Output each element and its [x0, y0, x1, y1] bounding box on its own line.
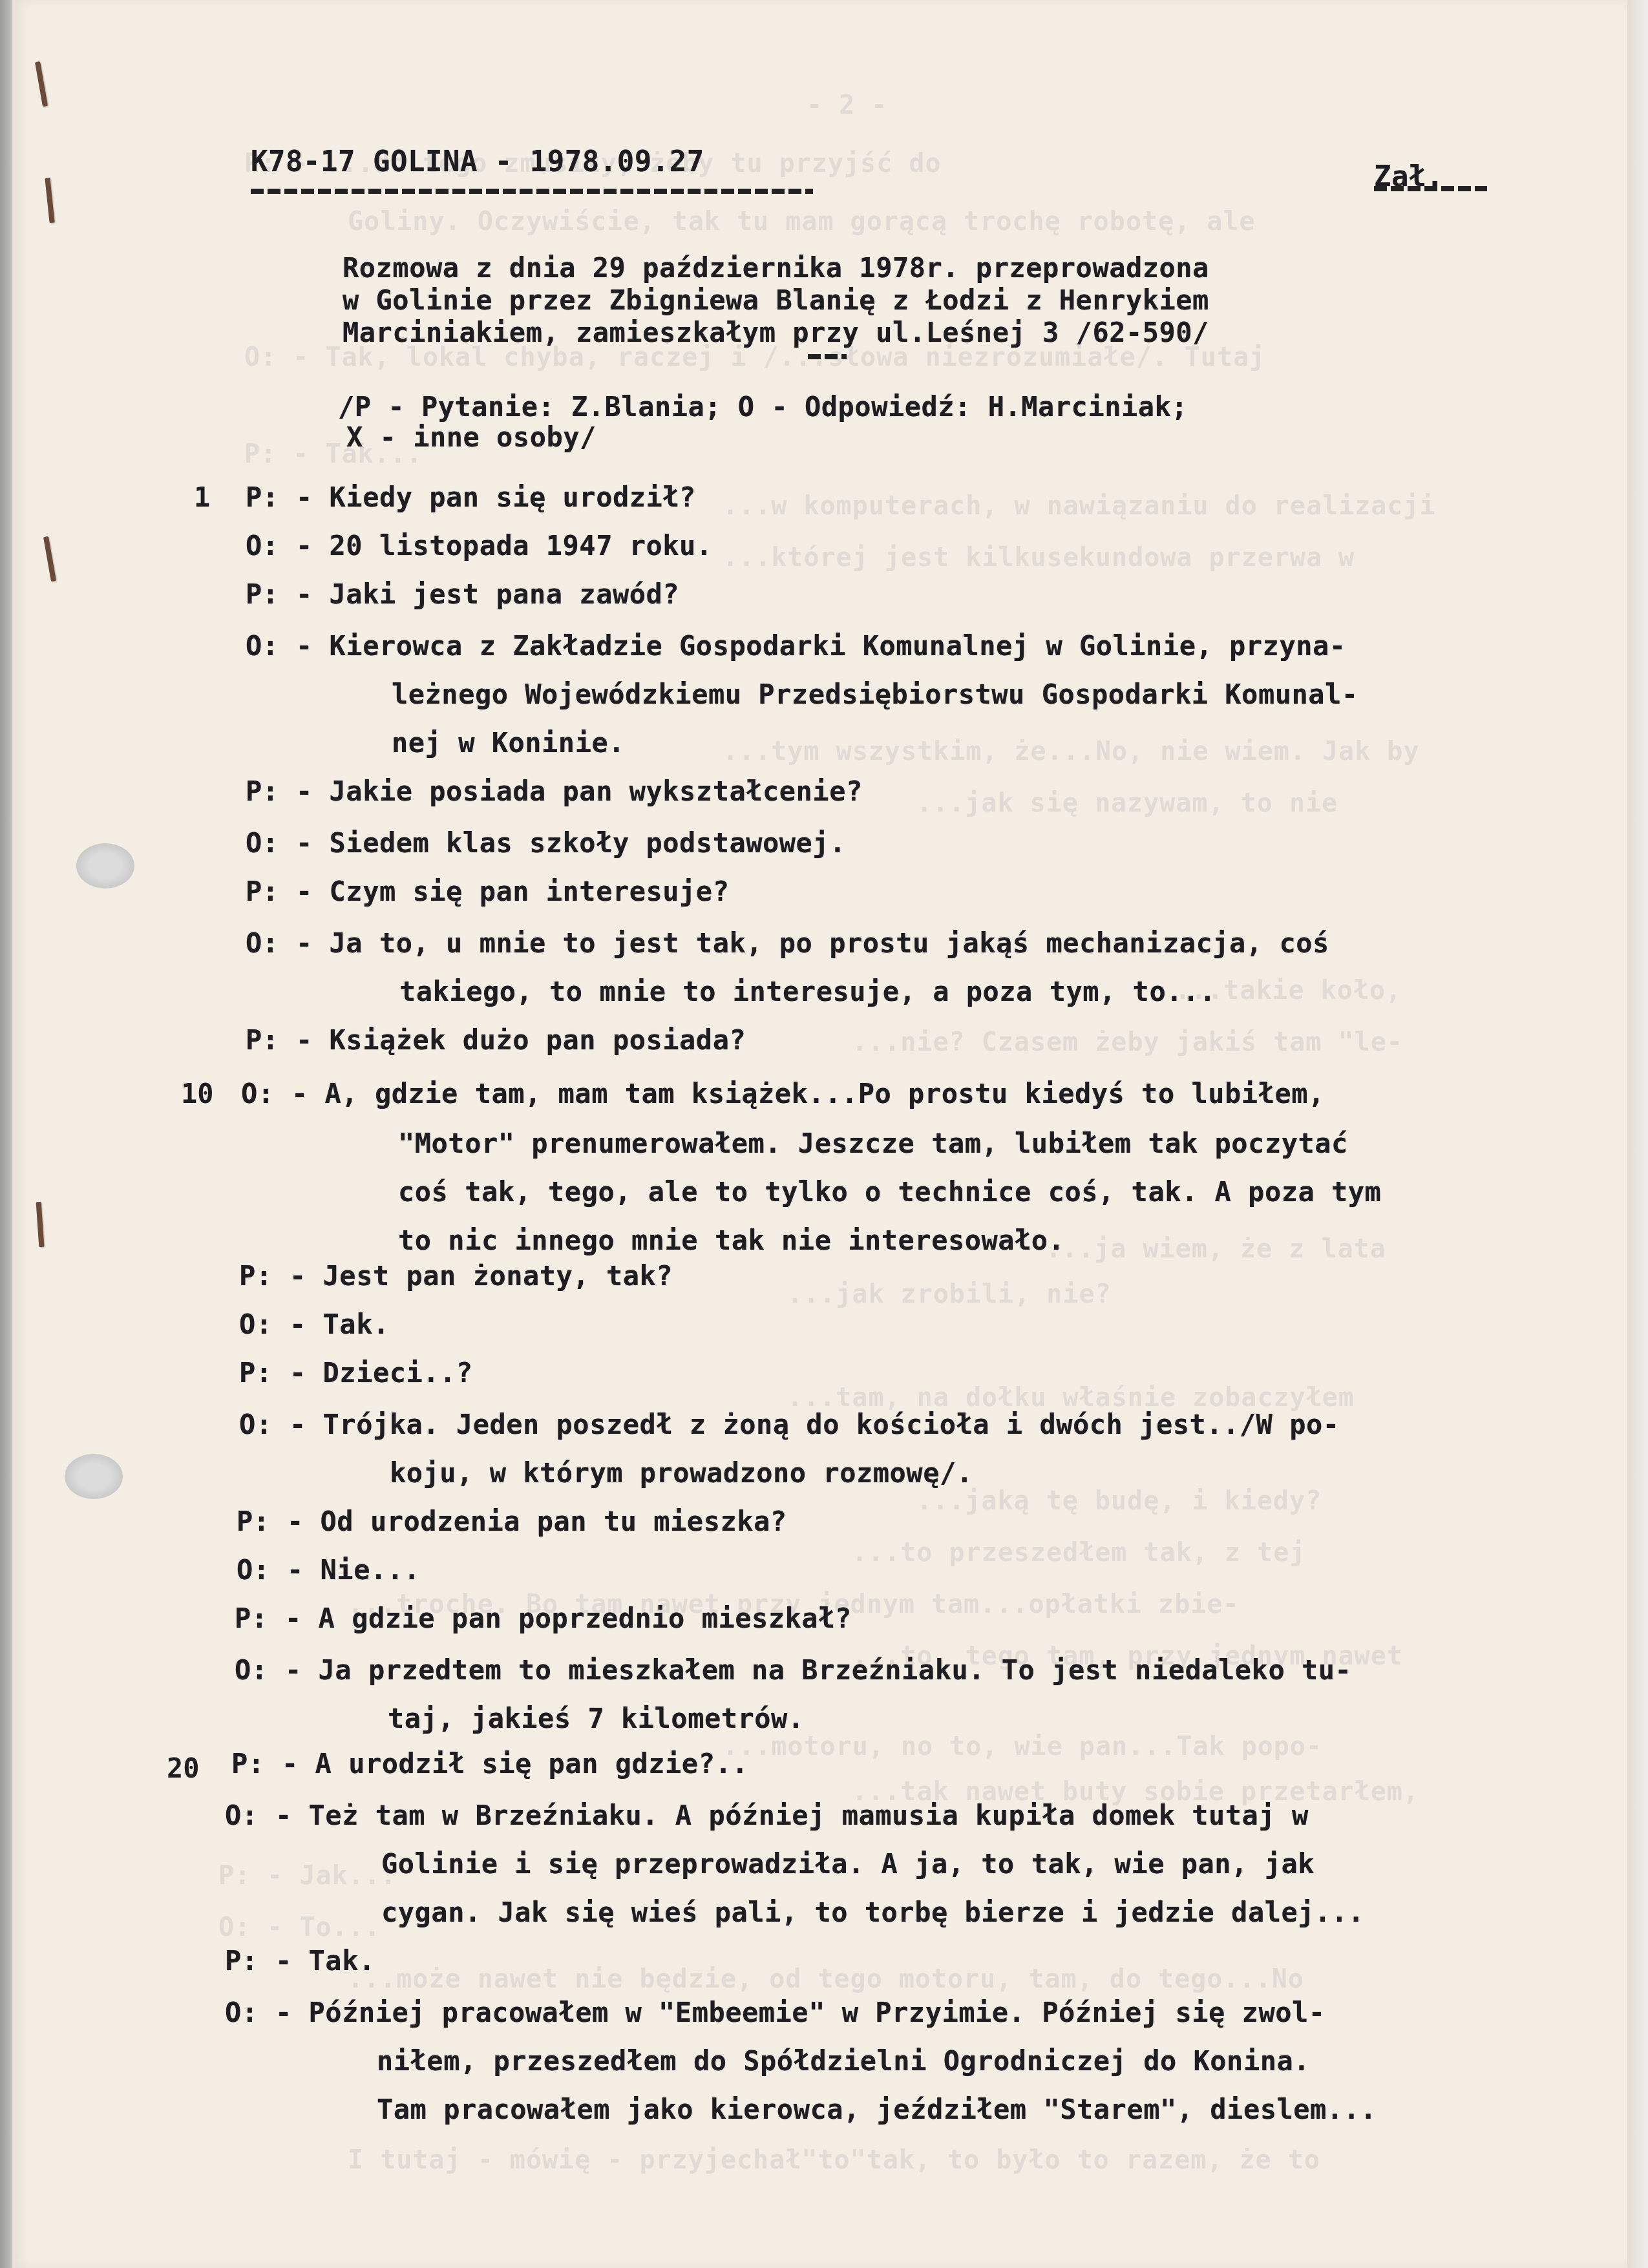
answer-speaker: O:: [241, 1078, 275, 1109]
answer-speaker: O:: [235, 1654, 268, 1686]
question-speaker: P:: [239, 1357, 273, 1389]
bleed-fragment: ...jak zrobili, nie?: [787, 1279, 1112, 1309]
answer-continuation: coś tak, tego, ale to tylko o technice c…: [398, 1176, 1381, 1208]
question-text: - A gdzie pan poprzednio mieszkał?: [285, 1602, 852, 1634]
legend-line: /P - Pytanie: Z.Blania; O - Odpowiedź: H…: [338, 391, 1188, 423]
answer-continuation: "Motor" prenumerowałem. Jeszcze tam, lub…: [398, 1128, 1348, 1159]
answer-continuation: to nic innego mnie tak nie interesowało.: [398, 1224, 1064, 1256]
answer-continuation: cygan. Jak się wieś pali, to torbę bierz…: [381, 1896, 1364, 1928]
intro-line: Marciniakiem, zamieszkałym przy ul.Leśne…: [343, 317, 1209, 348]
answer-speaker: O:: [225, 1800, 259, 1831]
answer-text: - 20 listopada 1947 roku.: [296, 530, 713, 562]
question-speaker: P:: [235, 1602, 268, 1634]
bleed-fragment: ...której jest kilkusekundowa przerwa w: [723, 543, 1355, 572]
intro-underline: [808, 354, 847, 359]
question-speaker: P:: [246, 578, 279, 610]
bleed-fragment: ...ja wiem, że z lata: [1046, 1234, 1386, 1264]
question-text: - Dzieci..?: [290, 1357, 473, 1389]
bleed-fragment: ...tym wszystkim, że...No, nie wiem. Jak…: [723, 737, 1420, 766]
legend-line: X - inne osoby/: [346, 421, 597, 453]
answer-text: - Ja to, u mnie to jest tak, po prostu j…: [296, 927, 1329, 959]
answer-continuation: taj, jakieś 7 kilometrów.: [388, 1703, 805, 1734]
question-speaker: P:: [246, 1024, 279, 1056]
staple: [43, 536, 56, 582]
staple: [45, 178, 54, 223]
answer-continuation: niłem, przeszedłem do Spółdzielni Ogrodn…: [377, 2045, 1310, 2077]
line-number: 1: [194, 481, 210, 513]
answer-continuation: nej w Koninie.: [392, 727, 625, 759]
question-speaker: P:: [246, 775, 279, 807]
question-speaker: P:: [246, 876, 279, 907]
question-speaker: P:: [237, 1506, 270, 1537]
answer-speaker: O:: [246, 827, 279, 859]
answer-text: - A, gdzie tam, mam tam książek...Po pro…: [291, 1078, 1325, 1109]
question-text: - Czym się pan interesuje?: [296, 876, 729, 907]
question-text: - Kiedy pan się urodził?: [296, 481, 696, 513]
typewritten-page: - 2 - P: - ...do tego zmusiły, żeby tu p…: [12, 0, 1627, 2268]
reference-underline: [251, 189, 813, 194]
answer-speaker: O:: [239, 1308, 273, 1340]
answer-text: - Później pracowałem w "Embeemie" w Przy…: [275, 1997, 1326, 2028]
question-text: - Jakie posiada pan wykształcenie?: [296, 775, 863, 807]
bleed-fragment: O: - To...: [218, 1913, 381, 1942]
answer-text: - Tak.: [290, 1308, 390, 1340]
question-text: - Jaki jest pana zawód?: [296, 578, 679, 610]
answer-text: - Nie...: [287, 1554, 420, 1586]
intro-line: Rozmowa z dnia 29 października 1978r. pr…: [343, 252, 1209, 284]
bleed-fragment: ...jaką tę budę, i kiedy?: [916, 1486, 1322, 1516]
bleed-fragment: ...motoru, no to, wie pan...Tak popo-: [723, 1732, 1322, 1761]
bleed-fragment: ...to przeszedłem tak, z tej: [852, 1538, 1305, 1568]
question-text: - Tak.: [275, 1945, 375, 1977]
answer-text: - Siedem klas szkoły podstawowej.: [296, 827, 846, 859]
answer-speaker: O:: [237, 1554, 270, 1586]
answer-speaker: O:: [239, 1409, 273, 1440]
question-speaker: P:: [225, 1945, 259, 1977]
answer-speaker: O:: [246, 630, 279, 662]
staple: [36, 1202, 45, 1247]
answer-continuation: Tam pracowałem jako kierowca, jeździłem …: [377, 2094, 1377, 2125]
bleed-fragment: ...może nawet nie będzie, od tego motoru…: [348, 1964, 1304, 1994]
page-right-edge: [1627, 0, 1648, 2268]
question-text: - A urodził się pan gdzie?..: [282, 1748, 748, 1780]
line-number: 10: [181, 1078, 214, 1109]
binding-edge: [0, 0, 12, 2268]
bleed-fragment: Goliny. Oczywiście, tak tu mam gorącą tr…: [348, 207, 1256, 236]
question-text: - Jest pan żonaty, tak?: [290, 1260, 673, 1292]
bleed-fragment: ...nie? Czasem żeby jakiś tam "le-: [852, 1027, 1403, 1057]
answer-speaker: O:: [225, 1997, 259, 2028]
answer-text: - Też tam w Brzeźniaku. A później mamusi…: [275, 1800, 1309, 1831]
answer-speaker: O:: [246, 927, 279, 959]
intro-line: w Golinie przez Zbigniewa Blanię z Łodzi…: [343, 284, 1209, 316]
punch-hole: [65, 1454, 123, 1499]
answer-continuation: leżnego Wojewódzkiemu Przedsiębiorstwu G…: [392, 678, 1358, 710]
question-text: - Książek dużo pan posiada?: [296, 1024, 746, 1056]
bleed-page-marker: - 2 -: [807, 90, 887, 120]
question-text: - Od urodzenia pan tu mieszka?: [287, 1506, 787, 1537]
bleed-fragment: P: - Jak...: [218, 1861, 397, 1891]
question-speaker: P:: [246, 481, 279, 513]
answer-continuation: takiego, to mnie to interesuje, a poza t…: [399, 976, 1216, 1007]
answer-continuation: Golinie i się przeprowadziła. A ja, to t…: [381, 1848, 1315, 1880]
answer-continuation: koju, w którym prowadzono rozmowę/.: [390, 1457, 973, 1489]
bleed-fragment: ...w komputerach, w nawiązaniu do realiz…: [723, 491, 1436, 521]
line-number: 20: [167, 1752, 200, 1784]
punch-hole: [76, 843, 134, 888]
staple: [35, 61, 48, 107]
answer-text: - Trójka. Jeden poszedł z żoną do kościo…: [290, 1409, 1340, 1440]
question-speaker: P:: [239, 1260, 273, 1292]
bleed-fragment: I tutaj - mówię - przyjechał"to"tak, to …: [348, 2145, 1320, 2175]
question-speaker: P:: [231, 1748, 265, 1780]
answer-text: - Kierowca z Zakładzie Gospodarki Komuna…: [296, 630, 1346, 662]
answer-speaker: O:: [246, 530, 279, 562]
annex-underline: [1374, 186, 1487, 191]
bleed-fragment: ...jak się nazywam, to nie: [916, 788, 1338, 818]
answer-text: - Ja przedtem to mieszkałem na Brzeźniak…: [285, 1654, 1351, 1686]
document-reference: K78-17 GOLINA - 1978.09.27: [251, 145, 704, 178]
